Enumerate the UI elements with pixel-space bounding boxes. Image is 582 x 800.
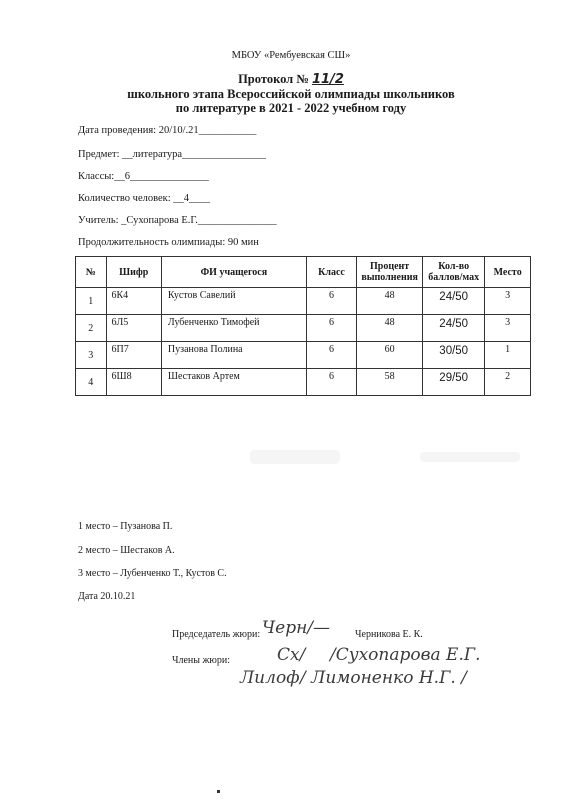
cell-percent: 48: [357, 315, 423, 342]
cell-code: 6К4: [106, 288, 161, 315]
cell-number: 1: [76, 288, 107, 315]
cell-place: 3: [485, 288, 531, 315]
cell-code: 6Ш8: [106, 369, 161, 396]
field-date: Дата проведения: 20/10/.21___________: [78, 125, 256, 136]
scan-smudge: [250, 450, 340, 464]
cell-class: 6: [306, 369, 356, 396]
table-row: 1 6К4 Кустов Савелий 6 48 24/50 3: [76, 288, 531, 315]
cell-class: 6: [306, 315, 356, 342]
protocol-subtitle-2: по литературе в 2021 - 2022 учебном году: [0, 101, 582, 116]
jury-member2-name-handwritten: / Лимоненко Н.Г. /: [300, 668, 467, 688]
cell-place: 1: [485, 342, 531, 369]
cell-code: 6П7: [106, 342, 161, 369]
header-number: №: [76, 257, 107, 288]
cell-name: Шестаков Артем: [161, 369, 306, 396]
cell-score: 30/50: [423, 342, 485, 369]
protocol-subtitle-1: школьного этапа Всероссийской олимпиады …: [0, 87, 582, 102]
cell-name: Кустов Савелий: [161, 288, 306, 315]
jury-chair-signature: Черн/—: [262, 618, 330, 638]
cell-number: 4: [76, 369, 107, 396]
result-third-place: 3 место – Лубенченко Т., Кустов С.: [78, 568, 227, 579]
cell-percent: 60: [357, 342, 423, 369]
jury-chair-name: Черникова Е. К.: [355, 629, 423, 640]
cell-place: 2: [485, 369, 531, 396]
field-teacher: Учитель: _Сухопарова Е.Г._______________: [78, 215, 277, 226]
table-header-row: № Шифр ФИ учащегося Класс Процент выполн…: [76, 257, 531, 288]
jury-member1-name-handwritten: /Сухопарова Е.Г.: [330, 645, 481, 665]
table-row: 3 6П7 Пузанова Полина 6 60 30/50 1: [76, 342, 531, 369]
organization-name: МБОУ «Рембуевская СШ»: [0, 50, 582, 61]
result-date: Дата 20.10.21: [78, 591, 135, 602]
table-row: 2 6Л5 Лубенченко Тимофей 6 48 24/50 3: [76, 315, 531, 342]
scan-smudge: [420, 452, 520, 462]
header-class: Класс: [306, 257, 356, 288]
result-first-place: 1 место – Пузанова П.: [78, 521, 172, 532]
cell-name: Лубенченко Тимофей: [161, 315, 306, 342]
results-table: № Шифр ФИ учащегося Класс Процент выполн…: [75, 256, 531, 396]
header-name: ФИ учащегося: [161, 257, 306, 288]
cell-percent: 48: [357, 288, 423, 315]
field-subject: Предмет: __литература________________: [78, 149, 266, 160]
cell-percent: 58: [357, 369, 423, 396]
jury-members-label: Члены жюри:: [172, 655, 230, 666]
table-row: 4 6Ш8 Шестаков Артем 6 58 29/50 2: [76, 369, 531, 396]
header-score: Кол-во баллов/мах: [423, 257, 485, 288]
cell-class: 6: [306, 342, 356, 369]
cell-place: 3: [485, 315, 531, 342]
cell-number: 2: [76, 315, 107, 342]
field-duration: Продолжительность олимпиады: 90 мин: [78, 237, 259, 248]
cell-score: 29/50: [423, 369, 485, 396]
jury-member1-signature: Сх/: [277, 645, 305, 665]
header-place: Место: [485, 257, 531, 288]
result-second-place: 2 место – Шестаков А.: [78, 545, 175, 556]
header-code: Шифр: [106, 257, 161, 288]
protocol-title: Протокол № 11/2: [0, 72, 582, 87]
cell-number: 3: [76, 342, 107, 369]
header-percent: Процент выполнения: [357, 257, 423, 288]
cell-score: 24/50: [423, 315, 485, 342]
scan-dot: [217, 790, 220, 793]
protocol-number: 11/2: [312, 72, 344, 87]
cell-code: 6Л5: [106, 315, 161, 342]
jury-member2-signature: Лилоф: [240, 668, 300, 688]
cell-score: 24/50: [423, 288, 485, 315]
field-participant-count: Количество человек: __4____: [78, 193, 210, 204]
protocol-label: Протокол №: [238, 72, 312, 86]
jury-chair-label: Председатель жюри:: [172, 629, 260, 640]
cell-class: 6: [306, 288, 356, 315]
cell-name: Пузанова Полина: [161, 342, 306, 369]
field-classes: Классы:__6_______________: [78, 171, 209, 182]
